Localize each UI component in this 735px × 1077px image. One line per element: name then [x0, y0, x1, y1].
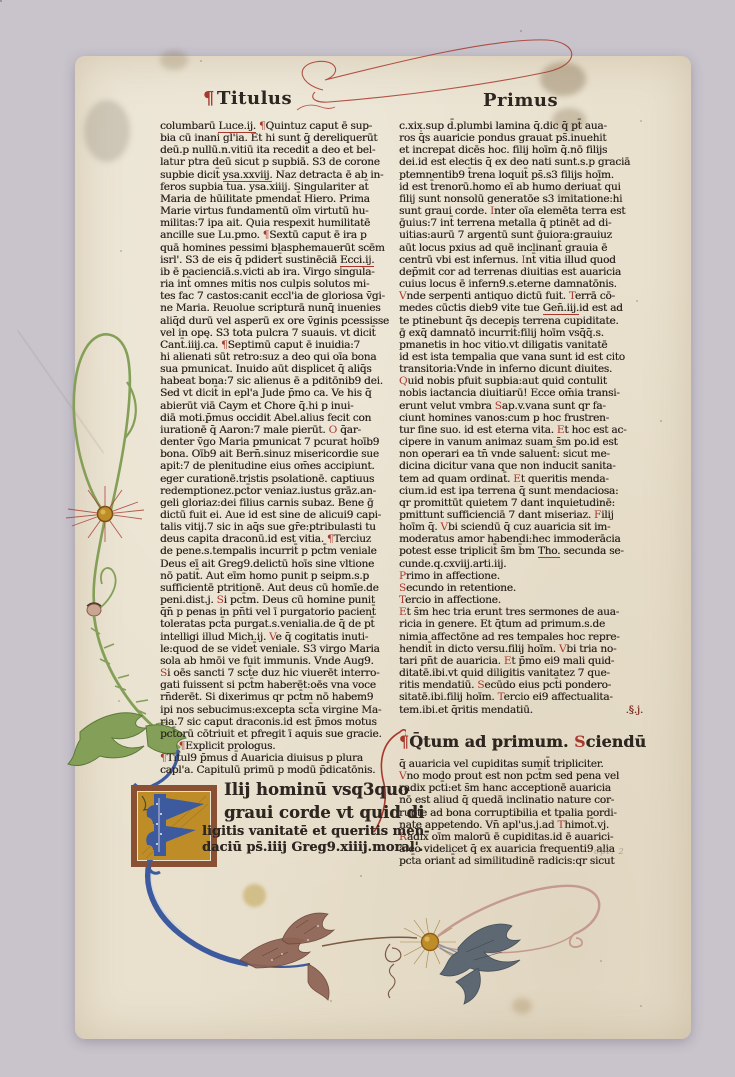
text-line: denter v̄go Maria pmunicat 7 pcurat hoīb…: [160, 436, 398, 448]
text-line: qr promittūt quietem 7 dant inquietudinē…: [399, 497, 645, 509]
text-line: Vnde serpenti antiquo dictū fuit. Terrā …: [399, 290, 645, 302]
text-line: diā moti.p̄mus occidit Abel.alius fecit …: [160, 412, 398, 424]
text-line: rupte ad bona corruptibilia et tpalia po…: [399, 807, 645, 819]
photograph-backdrop: { "colors":{ "backdrop":"#c9c4cc","paper…: [0, 0, 735, 1077]
text-line: transitoria:Vnde in inferno dicunt diuit…: [399, 363, 645, 375]
gold-besant: [66, 486, 144, 542]
stain: [84, 100, 130, 162]
foxing-specks: [0, 0, 2, 2]
text-line: Ilij hominū vsq3quo: [160, 778, 402, 801]
text-line: Deus eī ait Greg9.delictū hoīs sine vlti…: [160, 558, 398, 570]
gold-besant: [400, 918, 456, 968]
text-line: geli gloriaz:dei filius carnis subaz. Be…: [160, 497, 398, 509]
text-line: q̄ auaricia vel cupiditas sumit̄ triplic…: [399, 758, 645, 770]
text-line: supbie dicit̄ ysa.xxviij. Naz detracta ē…: [160, 169, 398, 181]
text-line: aūt locus pxius ad quē inclinant̄ grauia…: [399, 242, 645, 254]
text-line: q̄n̄ p penas in pn̄ti vel ī purgatorio p…: [160, 606, 398, 618]
text-line: columbarū Luce.ij. ¶Quintuz caput ē sup-: [160, 120, 398, 132]
text-line: pct̄a oriant̄ ad similitudinē radicis:qr…: [399, 855, 645, 867]
text-line: ptemnentib9 t̄rena loquit̄ ps̄.s3 filijs…: [399, 169, 645, 181]
text-line: tes fac 7 castos:canit eccl'ia de glorio…: [160, 290, 398, 302]
text-line: erunt velut vmbra Sap.v.vana sunt qr fa-: [399, 400, 645, 412]
text-line: de pene.s.tempalis incurrit̄ p pct̄m ven…: [160, 545, 398, 557]
text-line: le:quod de se videt̄ veniale. S3 virgo M…: [160, 643, 398, 655]
text-line: ritis mendatiū. Secūdo eius pct̄i ponder…: [399, 679, 645, 691]
text-line: pmittunt sufficienciā 7 dant miseriaz. F…: [399, 509, 645, 521]
text-line: potest esse triplicit̄ s̄m b̄m Tho. secu…: [399, 545, 645, 557]
text-line: Vno modo prout est non pct̄m sed pena ve…: [399, 770, 645, 782]
text-line: Et s̄m hec tria erunt tres sermones de a…: [399, 606, 645, 618]
text-line: habeat bona:7 sic alienus ē a pditōnib9 …: [160, 375, 398, 387]
text-line: gati fuissent si pct̄m haberēt:oēs vna v…: [160, 679, 398, 691]
text-line: ḡuius:7 int̄ terrena metalla q̄ ptinēt a…: [399, 217, 645, 229]
text-line: sitatē.ibi.filij hoīm. Tercio ei9 affect…: [399, 691, 645, 703]
text-line: bona. Oīb9 ait Bern̄.sinuz misericordie …: [160, 448, 398, 460]
text-line: iurationē q̄ Aaron:7 male pierūt. O q̄ar…: [160, 424, 398, 436]
text-line: Sed vt dicit̄ in epl'a Jude p̄mo ca. Ve …: [160, 387, 398, 399]
text-line: et increpat dicēs hoc. filij hoīm q̄.nō …: [399, 144, 645, 156]
text-line: ria.7 sic caput draconis.id est p̄mos mo…: [160, 716, 398, 728]
text-line: ¶Q̄tum ad primum. Sciendū: [399, 731, 645, 753]
text-line: peni.dist.j. Si pct̄m. Deus cū homine pu…: [160, 594, 398, 606]
section-heading-quantum-ad-primum: ¶Q̄tum ad primum. Sciendū: [399, 731, 645, 753]
text-line: sunt graui corde. Inter oīa elemēta terr…: [399, 205, 645, 217]
text-line: tur fine suo. id est eterna vita. Et hoc…: [399, 424, 645, 436]
text-line: deū.p nullū.n.vitiū ita recedit̄ a deo e…: [160, 144, 398, 156]
text-line: aliq̄d durū vel asperū ex ore v̄ginis pc…: [160, 315, 398, 327]
text-line: c.xix.sup d̄.plumbi lamina q̄.dic q̄ pt̄…: [399, 120, 645, 132]
text-line: apit:7 de plenitudine eius om̄es accipiu…: [160, 460, 398, 472]
text-line: ib ē pacienciā.s.victi ab ira. Virgo sin…: [160, 266, 398, 278]
text-line: pmanetis in hoc vitio.vt diligatis vanit…: [399, 339, 645, 351]
text-line: cipere in vanum animaz suam s̄m po.id es…: [399, 436, 645, 448]
text-line: militas:7 ipa ait. Quia respexit humilit…: [160, 217, 398, 229]
text-line: Primo in affectione.: [399, 570, 645, 582]
text-line: daciū ps̄.iiij Greg9.xiiij.moral'.: [160, 840, 402, 856]
text-line: Maria de hūilitate pmendat̄ Hiero. Prima: [160, 193, 398, 205]
text-line: ne Maria. Reuolue scripturā nunq̄ inueni…: [160, 302, 398, 314]
text-line: capl'a. Capitulū primū p modū p̄dicatōni…: [160, 764, 398, 776]
text-line: centrū vbi est infernus. Int̄ vitia illu…: [399, 254, 645, 266]
text-line: isrl'. S3 de eis q̄ pdidert̄ sustinēciā …: [160, 254, 398, 266]
text-line: abierūt viā Caym et Chore q̄.hi p inui-: [160, 400, 398, 412]
text-line: quā homines pessimi blasphemauerūt scēm: [160, 242, 398, 254]
text-line: sufficientē ptritionē. Aut deus cū homīe…: [160, 582, 398, 594]
text-line: Si oēs sancti 7 sct̄e duz hic viuerēt in…: [160, 667, 398, 679]
text-line: ditatē.ibi.vt quid diligitis vanitatez 7…: [399, 667, 645, 679]
text-line: redemptionez.pct̄or veniaz.iustus grāz.a…: [160, 485, 398, 497]
text-line: bia cū inani gl'ia. Et hi sunt q̄ dereli…: [160, 132, 398, 144]
text-line: talis vitij.7 sic in aq̄s sue gr̄e:ptrib…: [160, 521, 398, 533]
text-line: cunde.q.cxviij.arti.iij.: [399, 558, 645, 570]
text-line: non operari ea tn̄ vnde saluent̄: sicut …: [399, 448, 645, 460]
text-line: radix pct̄i:et s̄m hanc acceptionē auari…: [399, 782, 645, 794]
text-line: Tercio in affectione.: [399, 594, 645, 606]
text-line: nimia affectōne ad res tempales hoc repr…: [399, 631, 645, 643]
paraph-mark-icon: ¶: [203, 88, 215, 109]
text-line: te ptinebunt q̄s decepis terrena cupidit…: [399, 315, 645, 327]
text-line: ricia in genere. Et q̄tum ad primum.s.de: [399, 618, 645, 630]
text-line: dicina dicitur vana que non inducit sani…: [399, 460, 645, 472]
text-line: pct̄orū cōtriuit et pfregit ī aquis sue …: [160, 728, 398, 740]
text-line: hoīm q̄. Vbi sciendū q̄ cuz auaricia sit…: [399, 521, 645, 533]
text-line: feros supbia tua. ysa.xiiij. Singularite…: [160, 181, 398, 193]
pencil-annotation: opt. 2: [594, 847, 625, 857]
top-penwork-flourish: [285, 22, 605, 118]
text-line: dei.id est electis q̄ ex deo nati sunt.s…: [399, 156, 645, 168]
text-line: Quid nobis pfuit supbia:aut quid contuli…: [399, 375, 645, 387]
text-line: filij sunt nonsolū generatōe s3 imitatio…: [399, 193, 645, 205]
text-line: nō patit̄. Aut eīm homo punit p seipm.s.…: [160, 570, 398, 582]
text-line: ancille sue Lu.pmo. ¶Sextū caput ē ira p: [160, 229, 398, 241]
text-line: medes cūctis dieb9 vite tue Gen̄.iij.id …: [399, 302, 645, 314]
text-line: ¶Titul9 p̄mus d̄ Auaricia diuisus p plur…: [160, 752, 398, 764]
text-line: moderatus amor habendi:hec immoderācia: [399, 533, 645, 545]
text-line: uitias:aurū 7 argentū sunt ḡuiora:grauiu…: [399, 229, 645, 241]
text-line: ria int̄ omnes mitis nos culpis solutos …: [160, 278, 398, 290]
text-line: Cant̄.iiij.ca. ¶Septimū caput ē inuidia:…: [160, 339, 398, 351]
text-line: ciunt homines vanos:cum p hoc frustren-: [399, 412, 645, 424]
text-line: ipi nos sebucimus:excepta sct̄a virgine …: [160, 704, 398, 716]
text-line: graui corde vt quid di: [160, 801, 402, 824]
text-line: tem.ibi.et q̄ritis mendatiū..§.j.: [399, 704, 645, 716]
text-line: id est t̄renorū.homo eī ab humo deriuat̄…: [399, 181, 645, 193]
stain: [160, 50, 188, 70]
text-line: hendit̄ in dicto versu.filij hoīm. Vbi t…: [399, 643, 645, 655]
text-line: vel in opę. S3 tota pulcra 7 suauis. vt …: [160, 327, 398, 339]
text-line: ¶Explicit prologus.: [160, 740, 398, 752]
text-line: ros q̄s auaricie pondus grauat ps̄.inueh…: [399, 132, 645, 144]
feather-leaf: [240, 913, 334, 1000]
text-line: Marie virtus fundamentū oīm virtutū hu-: [160, 205, 398, 217]
incipit-text-block: FIlij hominū vsq3quograui corde vt quid …: [160, 778, 402, 855]
text-line: intelligi illud Mich.ij. Ve q̄ cogitatis…: [160, 631, 398, 643]
text-line: deus capita draconū.id est vitia. ¶Terci…: [160, 533, 398, 545]
acanthus-leaf-slate: [440, 924, 520, 1004]
text-line: rn̄derēt. Si dixerimus qr pct̄m nō habem…: [160, 691, 398, 703]
text-line: nobis iactancia diuitiarū! Ecce om̄ia tr…: [399, 387, 645, 399]
text-column-right: c.xix.sup d̄.plumbi lamina q̄.dic q̄ pt̄…: [399, 120, 645, 716]
text-line: ḡ exq̄ damnatō incurrit̄:filij hoīm vsq̄…: [399, 327, 645, 339]
text-line: hi alienati sūt retro:suz a deo qui oīa …: [160, 351, 398, 363]
text-line: cium.id est ipa terrena q̄ sunt mendacio…: [399, 485, 645, 497]
text-line: dictū fuit ei. Aue id est sine de alicui…: [160, 509, 398, 521]
text-line: Radix oīm malorū ē cupiditas.id ē auaric…: [399, 831, 645, 843]
header-text: Titulus: [217, 88, 292, 109]
text-line: tari pn̄t de auaricia. Et p̄mo ei9 mali …: [399, 655, 645, 667]
text-line: nō est aliud q̄ quedā inclinatio nature …: [399, 794, 645, 806]
text-line: toleratas pct̄a purgat.s.venialia.de q̄ …: [160, 618, 398, 630]
text-line: dep̄mit cor ad terrenas diuitias est aua…: [399, 266, 645, 278]
text-line: Secundo in retentione.: [399, 582, 645, 594]
text-line: id est ista tempalia que vana sunt id es…: [399, 351, 645, 363]
text-column-left: columbarū Luce.ij. ¶Quintuz caput ē sup-…: [160, 120, 398, 776]
acanthus-leaf: [68, 713, 146, 766]
running-header-titulus: ¶Titulus: [203, 88, 292, 109]
text-line: latur ptra deū sicut p supbiā. S3 de cor…: [160, 156, 398, 168]
text-line: tem ad quam ordinat̄. Et queritis menda-: [399, 473, 645, 485]
text-line: eger curationē.tristis psolationē. capti…: [160, 473, 398, 485]
text-line: sola ab hmōi ve fuit immunis. Vnde Aug9.: [160, 655, 398, 667]
text-line: nate appetendo. Vn̄ apl'us.j.ad Thimot̄.…: [399, 819, 645, 831]
text-line: sua pmunicat. Inuido aūt displicet q̄ al…: [160, 363, 398, 375]
text-line: cuius locus ē infern9.s.eterne damnatōni…: [399, 278, 645, 290]
text-line: ligitis vanitatē et queritis men-: [160, 824, 402, 840]
